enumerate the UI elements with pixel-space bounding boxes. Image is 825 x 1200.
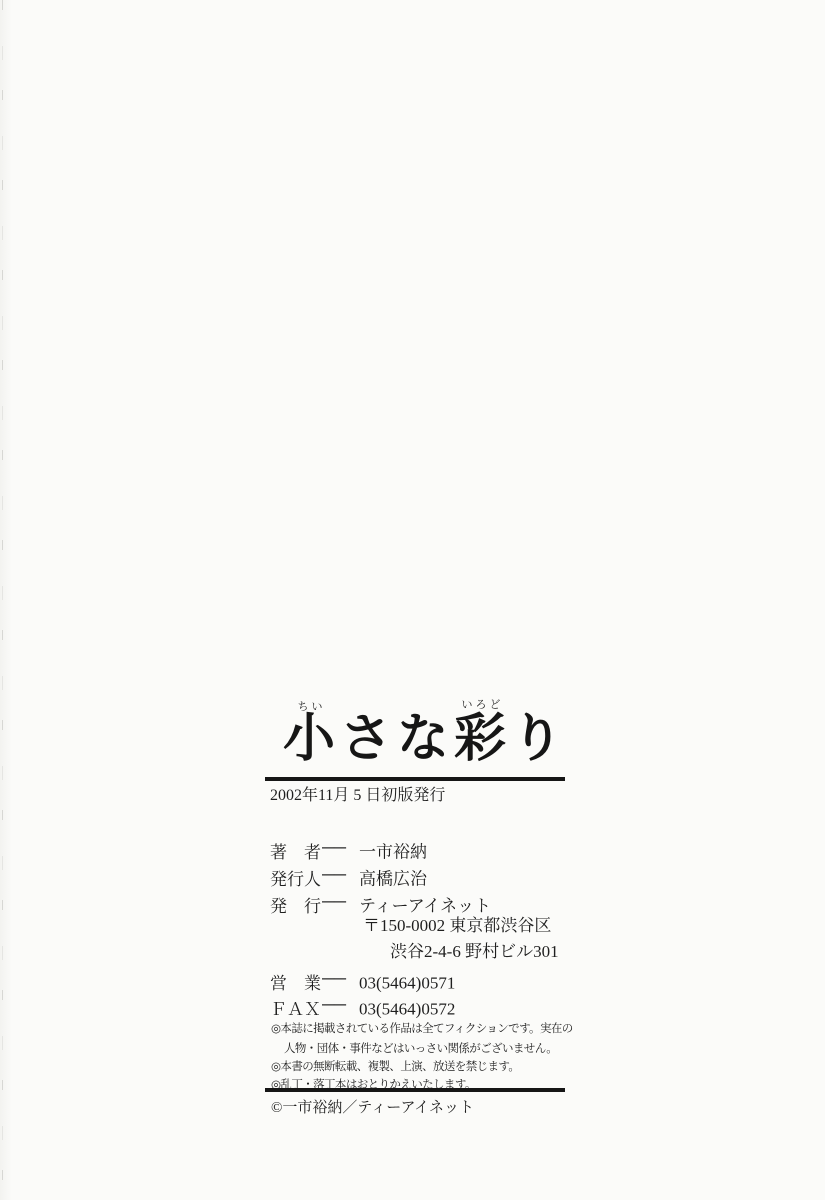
publishing-dash: ── — [322, 893, 359, 912]
sales-phone-row: 営 業──03(5464)0571 — [270, 970, 455, 993]
bottom-divider-rule — [265, 1088, 565, 1092]
address-line-2: 渋谷2-4-6 野村ビル301 — [390, 943, 559, 962]
author-name: 一市裕納 — [359, 843, 427, 862]
fax-row: ＦＡＸ──03(5464)0572 — [270, 996, 455, 1019]
sales-label: 営 業 — [270, 975, 322, 994]
fax-number: 03(5464)0572 — [359, 1000, 455, 1019]
publisher-row: 発行人──高橋広治 — [270, 866, 427, 889]
publisher-label: 発行人 — [270, 871, 322, 890]
book-title-tail: り — [511, 711, 568, 768]
title-divider-rule — [265, 777, 565, 781]
author-label: 著 者 — [270, 844, 322, 863]
notice-fiction-line-2: 人物・団体・事件などはいっさい関係がございません。 — [284, 1043, 557, 1056]
address-line-1: 〒150-0002 東京都渋谷区 — [363, 917, 551, 936]
publishing-company: ティーアイネット — [359, 897, 491, 916]
publishing-label: 発 行 — [270, 898, 322, 917]
sales-dash: ── — [322, 970, 359, 989]
notice-no-reproduction: ◎本書の無断転載、複製、上演、放送を禁じます。 — [271, 1061, 519, 1074]
author-dash: ── — [322, 839, 359, 858]
colophon-block: ちい いろど 小さな彩り 2002年11月 5 日初版発行 著 者──一市裕納 … — [263, 697, 567, 1137]
book-title-middle: さな — [340, 711, 454, 768]
book-title: 小さな彩り — [283, 714, 568, 766]
scanned-colophon-page: ちい いろど 小さな彩り 2002年11月 5 日初版発行 著 者──一市裕納 … — [0, 0, 825, 1200]
publisher-name: 高橋広治 — [359, 870, 427, 889]
notice-fiction-line-1: ◎本誌に掲載されている作品は全てフィクションです。実在の — [271, 1023, 573, 1036]
book-title-char-base1: 小 — [283, 711, 340, 768]
book-title-char-base2: 彩 — [454, 711, 511, 768]
fax-dash: ── — [322, 996, 359, 1015]
sales-phone-number: 03(5464)0571 — [359, 974, 455, 993]
author-row: 著 者──一市裕納 — [270, 839, 427, 862]
publisher-dash: ── — [322, 866, 359, 885]
copyright-line: ©一市裕納／ティーアイネット — [271, 1100, 474, 1117]
fax-label: ＦＡＸ — [270, 1001, 322, 1020]
page-edge-streak — [2, 0, 3, 1200]
publishing-company-row: 発 行──ティーアイネット — [270, 893, 491, 916]
edition-date: 2002年11月 5 日初版発行 — [270, 787, 445, 805]
title-furigana-irodo: いろど — [454, 700, 511, 711]
